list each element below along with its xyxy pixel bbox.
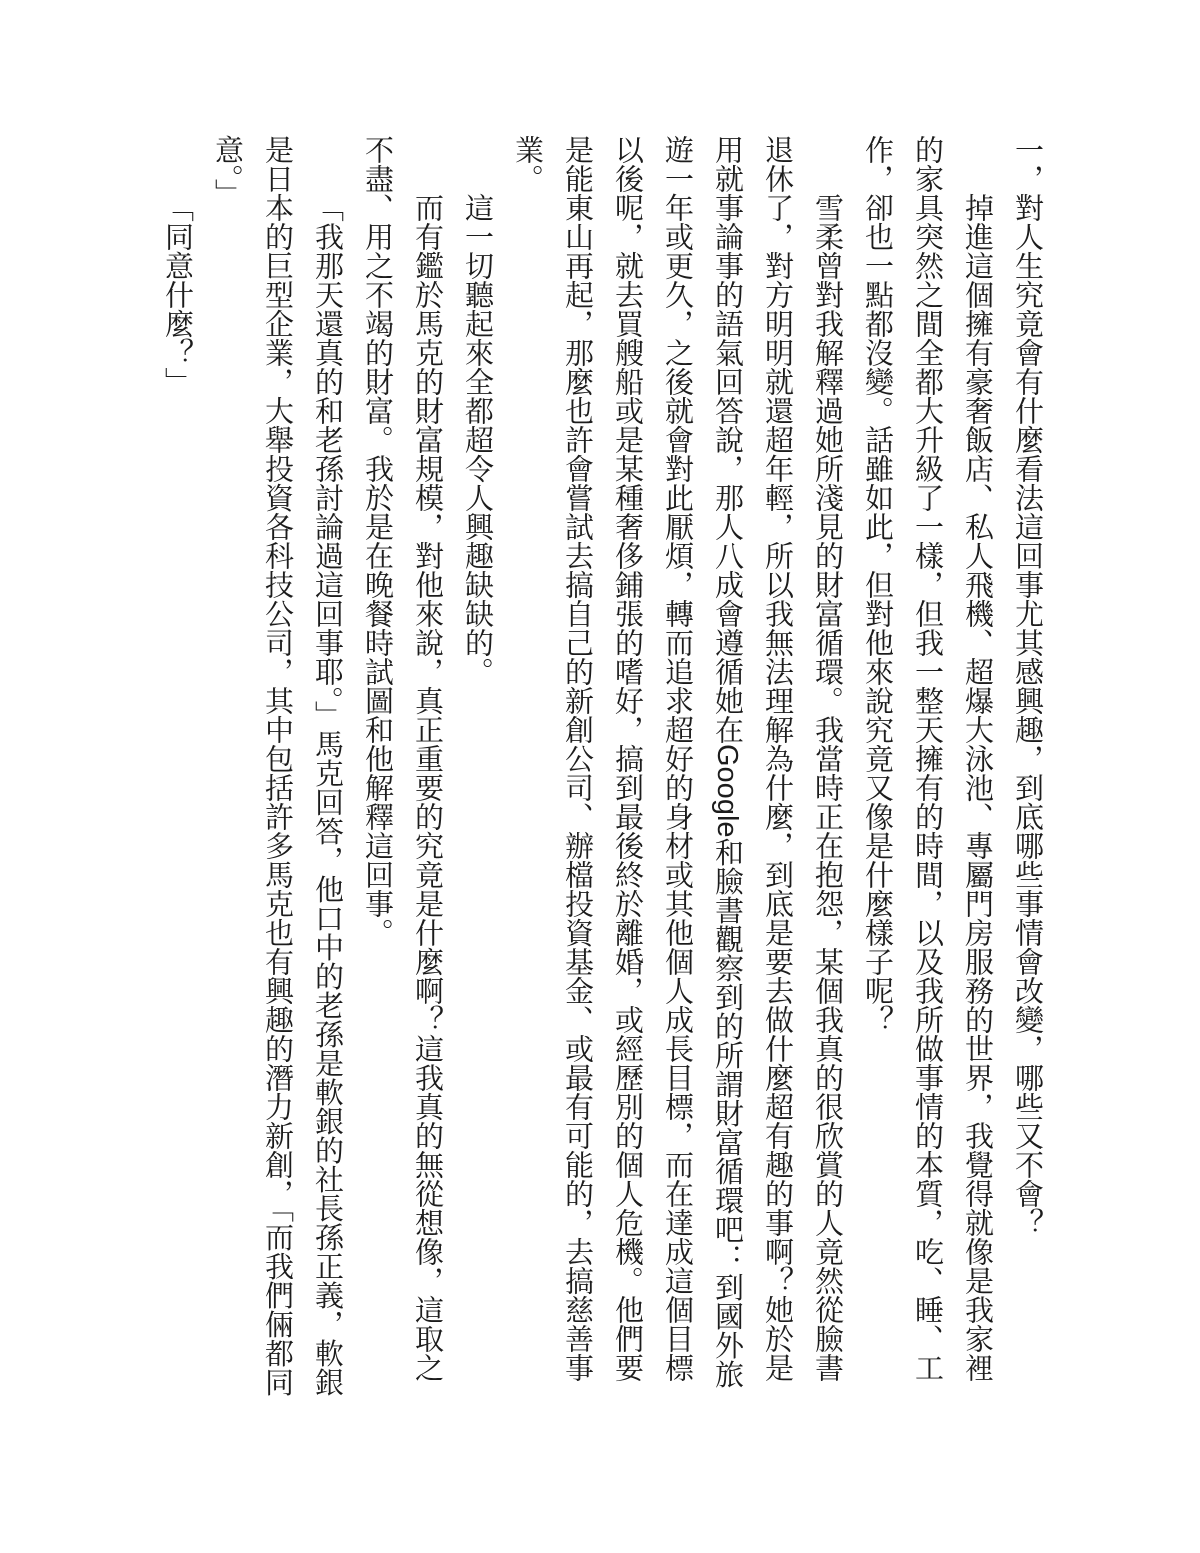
paragraph: 「同意什麼？」 <box>152 135 202 1400</box>
paragraph: 掉進這個擁有豪奢飯店、私人飛機、超爆大泳池、專屬門房服務的世界，我覺得就像是我家… <box>852 135 1002 1400</box>
book-page: 一，對人生究竟會有什麼看法這回事尤其感興趣，到底哪些事情會改變，哪些又不會？掉進… <box>0 0 1200 1553</box>
paragraph: 而有鑑於馬克的財富規模，對他來說，真正重要的究竟是什麼啊？這我真的無從想像，這取… <box>352 135 452 1400</box>
vertical-text-block: 一，對人生究竟會有什麼看法這回事尤其感興趣，到底哪些事情會改變，哪些又不會？掉進… <box>152 135 1052 1400</box>
paragraph: 一，對人生究竟會有什麼看法這回事尤其感興趣，到底哪些事情會改變，哪些又不會？ <box>1002 135 1052 1400</box>
paragraph: 「我那天還真的和老孫討論過這回事耶。」馬克回答，他口中的老孫是軟銀的社長孫正義，… <box>202 135 352 1400</box>
paragraph: 雪柔曾對我解釋過她所淺見的財富循環。我當時正在抱怨，某個我真的很欣賞的人竟然從臉… <box>502 135 852 1400</box>
paragraph: 這一切聽起來全都超令人興趣缺缺的。 <box>452 135 502 1400</box>
